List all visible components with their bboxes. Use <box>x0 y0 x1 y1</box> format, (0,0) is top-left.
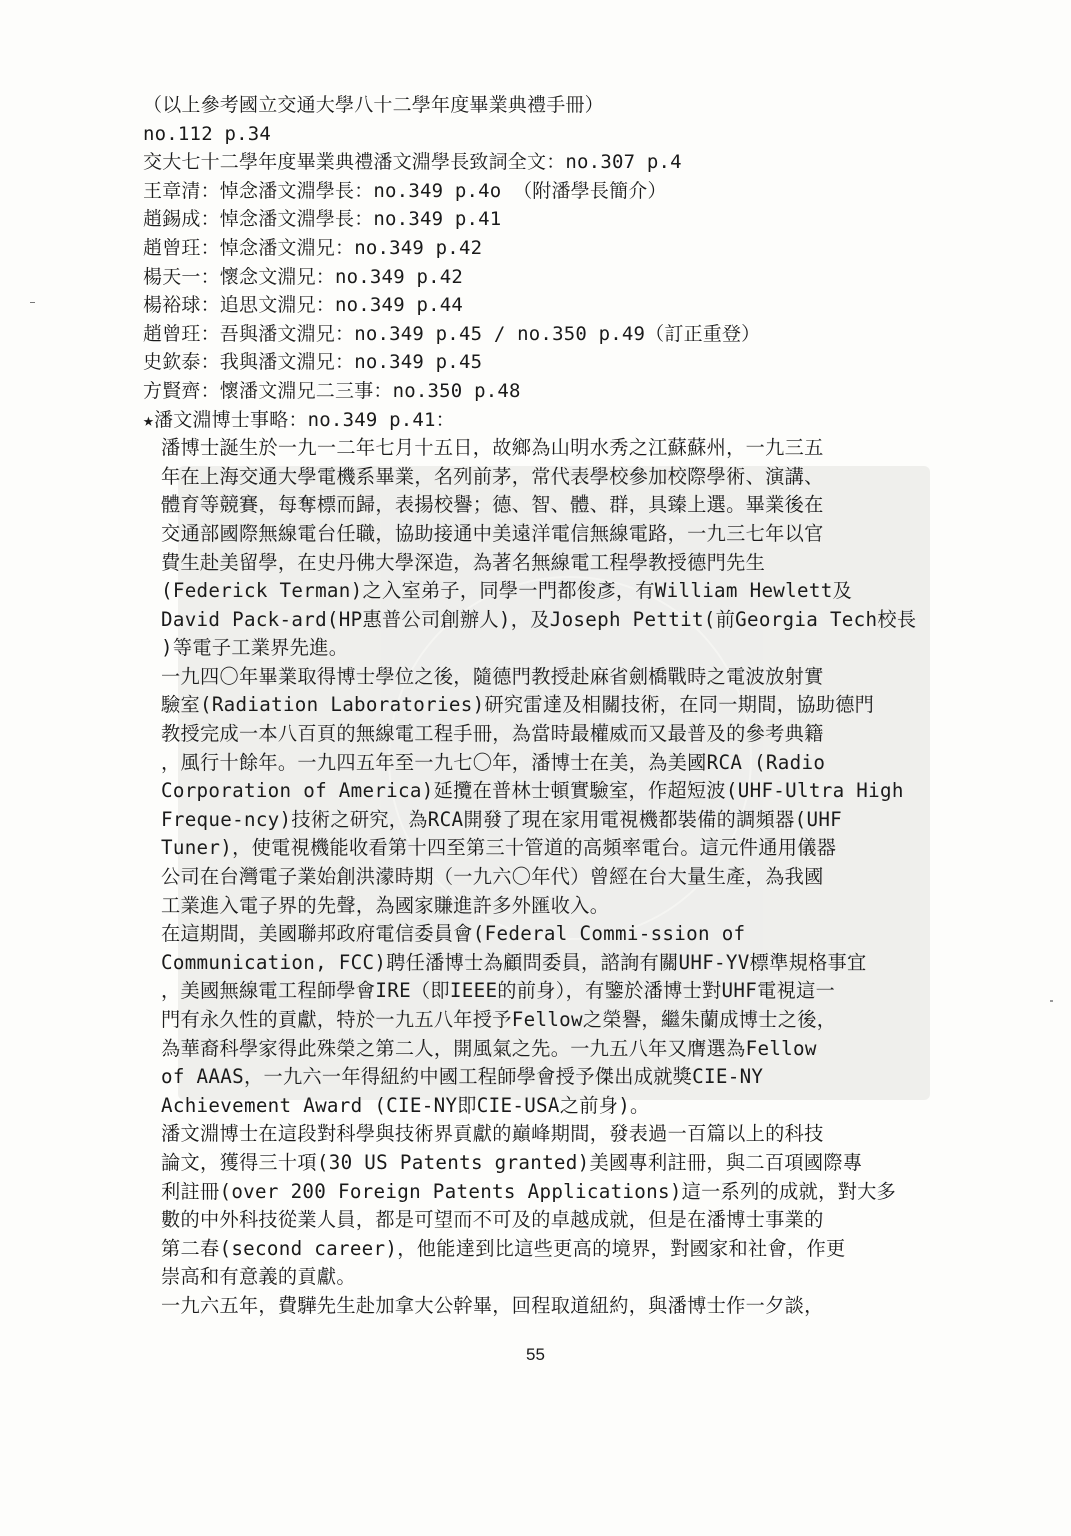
reference-source-note: （以上參考國立交通大學八十二學年度畢業典禮手冊） <box>143 91 963 120</box>
reference-item: 王章清：悼念潘文淵學長：no.349 p.4o （附潘學長簡介） <box>143 177 963 206</box>
body-line: 教授完成一本八百頁的無線電工程手冊，為當時最權威而又最普及的參考典籍 <box>143 720 963 749</box>
reference-item: 楊裕球：追思文淵兄：no.349 p.44 <box>143 291 963 320</box>
section-heading-text: 潘文淵博士事略：no.349 p.41： <box>154 409 455 431</box>
body-line: 驗室(Radiation Laboratories)研究雷達及相關技術，在同一期… <box>143 691 963 720</box>
body-line: 體育等競賽，每奪標而歸，表揚校譽；德、智、體、群，具臻上選。畢業後在 <box>143 491 963 520</box>
body-line: (Federick Terman)之入室弟子，同學一門都俊彥，有William … <box>143 577 963 606</box>
scan-mark <box>30 302 35 303</box>
body-line: 為華裔科學家得此殊榮之第二人，開風氣之先。一九五八年又膺選為Fellow <box>143 1035 963 1064</box>
body-line: 利註冊(over 200 Foreign Patents Application… <box>143 1178 963 1207</box>
reference-item: 史欽泰：我與潘文淵兄：no.349 p.45 <box>143 348 963 377</box>
body-line: Tuner)，使電視機能收看第十四至第三十管道的高頻率電台。這元件通用儀器 <box>143 834 963 863</box>
body-line: 潘文淵博士在這段對科學與技術界貢獻的巔峰期間，發表過一百篇以上的科技 <box>143 1120 963 1149</box>
body-line: 數的中外科技從業人員，都是可望而不可及的卓越成就，但是在潘博士事業的 <box>143 1206 963 1235</box>
reference-item: 交大七十二學年度畢業典禮潘文淵學長致詞全文：no.307 p.4 <box>143 148 963 177</box>
body-line: David Pack-ard(HP惠普公司創辦人)，及Joseph Pettit… <box>143 606 963 635</box>
section-heading: ★潘文淵博士事略：no.349 p.41： <box>143 406 963 435</box>
reference-item: 趙曾玨：悼念潘文淵兄：no.349 p.42 <box>143 234 963 263</box>
body-line: 工業進入電子界的先聲，為國家賺進許多外匯收入。 <box>143 892 963 921</box>
reference-list: （以上參考國立交通大學八十二學年度畢業典禮手冊） no.112 p.34 交大七… <box>143 91 963 406</box>
reference-item: 趙錫成：悼念潘文淵學長：no.349 p.41 <box>143 205 963 234</box>
body-line: Freque-ncy)技術之研究，為RCA開發了現在家用電視機都裝備的調頻器(U… <box>143 806 963 835</box>
reference-item: 楊天一：懷念文淵兄：no.349 p.42 <box>143 263 963 292</box>
scan-mark <box>1050 1000 1053 1002</box>
body-line: 潘博士誕生於一九一二年七月十五日，故鄉為山明水秀之江蘇蘇州，一九三五 <box>143 434 963 463</box>
biography-body: 潘博士誕生於一九一二年七月十五日，故鄉為山明水秀之江蘇蘇州，一九三五 年在上海交… <box>143 434 963 1320</box>
body-line: Achievement Award (CIE-NY即CIE-USA之前身)。 <box>143 1092 963 1121</box>
document-page: （以上參考國立交通大學八十二學年度畢業典禮手冊） no.112 p.34 交大七… <box>143 91 963 1321</box>
star-icon: ★ <box>143 410 154 431</box>
body-line: )等電子工業界先進。 <box>143 634 963 663</box>
body-line: 崇高和有意義的貢獻。 <box>143 1263 963 1292</box>
body-line: 門有永久性的貢獻，特於一九五八年授予Fellow之榮譽，繼朱蘭成博士之後， <box>143 1006 963 1035</box>
body-line: Corporation of America)延攬在普林士頓實驗室，作超短波(U… <box>143 777 963 806</box>
body-line: 在這期間，美國聯邦政府電信委員會(Federal Commi-ssion of <box>143 920 963 949</box>
body-line: 交通部國際無線電台任職，協助接通中美遠洋電信無線電路，一九三七年以官 <box>143 520 963 549</box>
page-number: 55 <box>0 1345 1071 1365</box>
reference-item: 方賢齊：懷潘文淵兄二三事：no.350 p.48 <box>143 377 963 406</box>
body-line: 費生赴美留學，在史丹佛大學深造，為著名無線電工程學教授德門先生 <box>143 549 963 578</box>
body-line: ，美國無線電工程師學會IRE（即IEEE的前身），有鑒於潘博士對UHF電視這一 <box>143 977 963 1006</box>
body-line: ，風行十餘年。一九四五年至一九七〇年，潘博士在美，為美國RCA (Radio <box>143 749 963 778</box>
body-line: 一九六五年，費驊先生赴加拿大公幹畢，回程取道紐約，與潘博士作一夕談， <box>143 1292 963 1321</box>
body-line: 第二春(second career)，他能達到比這些更高的境界，對國家和社會，作… <box>143 1235 963 1264</box>
body-line: 公司在台灣電子業始創洪濛時期（一九六〇年代）曾經在台大量生產，為我國 <box>143 863 963 892</box>
body-line: of AAAS，一九六一年得紐約中國工程師學會授予傑出成就獎CIE-NY <box>143 1063 963 1092</box>
body-line: 一九四〇年畢業取得博士學位之後，隨德門教授赴麻省劍橋戰時之電波放射實 <box>143 663 963 692</box>
body-line: 年在上海交通大學電機系畢業，名列前茅，常代表學校參加校際學術、演講、 <box>143 463 963 492</box>
body-line: Communication, FCC)聘任潘博士為顧問委員，諮詢有關UHF-YV… <box>143 949 963 978</box>
reference-item: 趙曾玨：吾與潘文淵兄：no.349 p.45 / no.350 p.49（訂正重… <box>143 320 963 349</box>
reference-item: no.112 p.34 <box>143 120 963 149</box>
body-line: 論文，獲得三十項(30 US Patents granted)美國專利註冊，與二… <box>143 1149 963 1178</box>
